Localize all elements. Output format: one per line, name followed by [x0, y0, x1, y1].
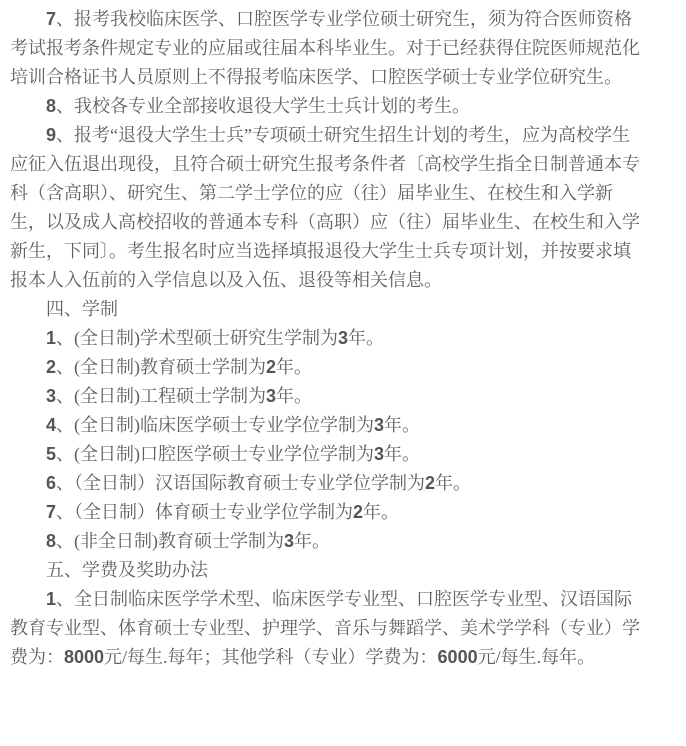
- paragraph-application-notes: 7、报考我校临床医学、口腔医学专业学位硕士研究生，须为符合医师资格考试报考条件规…: [10, 5, 640, 92]
- section-heading-duration: 四、学制: [10, 295, 640, 324]
- paragraph-duration-items: 7、（全日制）体育硕士专业学位学制为2年。: [10, 498, 640, 527]
- paragraph-tuition-items: 1、全日制临床医学学术型、临床医学专业型、口腔医学专业型、汉语国际教育专业型、体…: [10, 585, 640, 672]
- paragraph-duration-items: 6、（全日制）汉语国际教育硕士专业学位学制为2年。: [10, 469, 640, 498]
- paragraph-duration-items: 1、(全日制)学术型硕士研究生学制为3年。: [10, 324, 640, 353]
- section-heading-tuition: 五、学费及奖助办法: [10, 556, 640, 585]
- document-page: 7、报考我校临床医学、口腔医学专业学位硕士研究生，须为符合医师资格考试报考条件规…: [0, 0, 686, 746]
- paragraph-duration-items: 4、(全日制)临床医学硕士专业学位学制为3年。: [10, 411, 640, 440]
- paragraph-duration-items: 8、(非全日制)教育硕士学制为3年。: [10, 527, 640, 556]
- document-body: 7、报考我校临床医学、口腔医学专业学位硕士研究生，须为符合医师资格考试报考条件规…: [0, 0, 640, 672]
- paragraph-duration-items: 5、(全日制)口腔医学硕士专业学位学制为3年。: [10, 440, 640, 469]
- paragraph-duration-items: 2、(全日制)教育硕士学制为2年。: [10, 353, 640, 382]
- paragraph-duration-items: 3、(全日制)工程硕士学制为3年。: [10, 382, 640, 411]
- paragraph-application-notes: 9、报考“退役大学生士兵”专项硕士研究生招生计划的考生，应为高校学生应征入伍退出…: [10, 121, 640, 295]
- paragraph-application-notes: 8、我校各专业全部接收退役大学生士兵计划的考生。: [10, 92, 640, 121]
